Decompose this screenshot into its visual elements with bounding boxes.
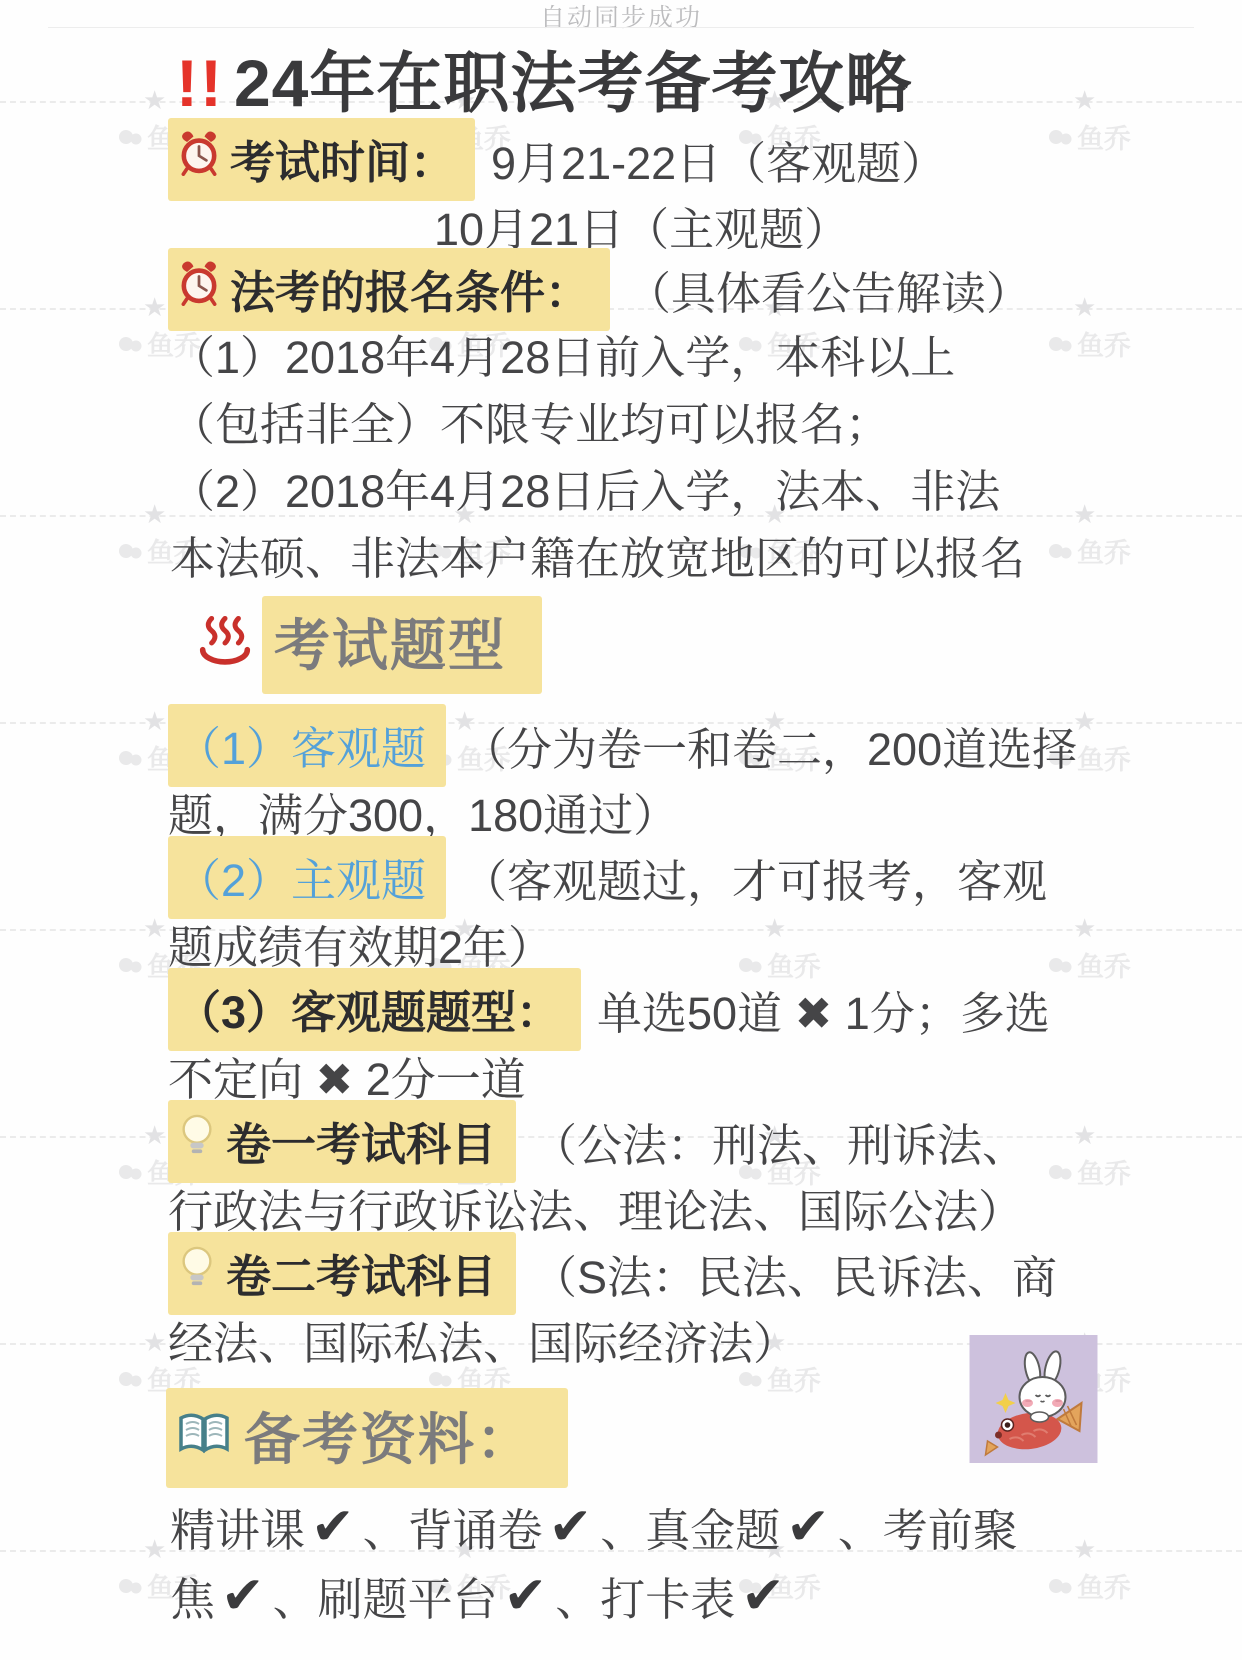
double-exclamation-icon: !! xyxy=(176,46,224,120)
materials-item-text: 、真金题 xyxy=(600,1494,780,1559)
subjective-test-tag: （2）主观题 xyxy=(168,836,446,919)
objective-test-desc: （分为卷一和卷二，200道选择 xyxy=(462,713,1077,778)
paper-one-highlight: 卷一考试科目 xyxy=(168,1100,516,1183)
requirements-line: 本法硕、非法本户籍在放宽地区的可以报名 xyxy=(170,521,1025,588)
materials-item-text: 、考前聚 xyxy=(838,1494,1018,1559)
sync-status-text: 自动同步成功 xyxy=(0,0,1242,34)
question-types-title: 考试题型 xyxy=(262,596,542,694)
paper-two-highlight: 卷二考试科目 xyxy=(168,1232,516,1315)
materials-item-text: 、刷题平台 xyxy=(273,1563,498,1628)
materials-highlight: 备考资料： xyxy=(166,1388,568,1488)
paper-two-desc: （S法：民法、民诉法、商 xyxy=(532,1241,1057,1306)
light-bulb-icon xyxy=(176,1111,218,1170)
checkmark-icon: ✔ xyxy=(741,1570,785,1622)
hot-springs-icon xyxy=(196,614,254,677)
requirements-label: 法考的报名条件： xyxy=(230,256,590,321)
checkmark-icon: ✔ xyxy=(221,1570,265,1622)
requirements-highlight: 法考的报名条件： xyxy=(168,248,610,331)
exam-time-highlight: 考试时间： xyxy=(168,118,475,201)
requirements-paragraph: （1）2018年4月28日前入学，本科以上 （包括非全）不限专业均可以报名； （… xyxy=(170,320,1025,588)
objective-format-tag: （3）客观题题型： xyxy=(168,968,581,1051)
requirements-section: 法考的报名条件： （具体看公告解读） xyxy=(168,256,1031,322)
requirements-note: （具体看公告解读） xyxy=(626,257,1031,322)
objective-format-desc: 单选50道 ✖ 1分；多选 xyxy=(597,977,1050,1042)
subjective-test-desc-cont: 题成绩有效期2年） xyxy=(168,910,1077,976)
page-title-text: 24年在职法考备考攻略 xyxy=(234,46,912,120)
paper-one-desc-cont: 行政法与行政诉讼法、理论法、国际公法） xyxy=(168,1174,1077,1240)
alarm-clock-icon xyxy=(176,130,222,187)
materials-header: 备考资料： xyxy=(166,1388,568,1488)
objective-format-desc-cont: 不定向 ✖ 2分一道 xyxy=(168,1042,1077,1108)
exam-time-section: 考试时间： 9月21-22日（客观题） 10月21日（主观题） xyxy=(168,126,946,258)
note-page: ★鱼乔★鱼乔★鱼乔★鱼乔★鱼乔★鱼乔★鱼乔★鱼乔★鱼乔★鱼乔★鱼乔★鱼乔★鱼乔★… xyxy=(0,0,1242,1660)
paper-one-desc: （公法：刑法、刑诉法、 xyxy=(532,1109,1027,1174)
open-book-icon xyxy=(176,1404,232,1469)
question-types-header: 考试题型 xyxy=(196,596,542,694)
exam-time-label: 考试时间： xyxy=(230,126,455,191)
paper-two-desc-cont: 经法、国际私法、国际经济法） xyxy=(168,1306,1077,1372)
checkmark-icon: ✔ xyxy=(786,1501,830,1553)
question-types-list: （1）客观题 （分为卷一和卷二，200道选择 题，满分300，180通过） （2… xyxy=(168,712,1077,1372)
paper-two-tag: 卷二考试科目 xyxy=(226,1240,496,1305)
rabbit-fish-sticker xyxy=(969,1335,1098,1463)
materials-title: 备考资料： xyxy=(244,1396,534,1476)
objective-test-desc-cont: 题，满分300，180通过） xyxy=(168,778,1077,844)
materials-item-text: 焦 xyxy=(170,1563,215,1628)
requirements-line: （2）2018年4月28日后入学，法本、非法 xyxy=(170,454,1025,521)
materials-item-text: 精讲课 xyxy=(170,1494,305,1559)
materials-line-1: 精讲课✔、背诵卷✔、真金题✔、考前聚 xyxy=(170,1492,1018,1561)
objective-test-tag: （1）客观题 xyxy=(168,704,446,787)
page-title: !!24年在职法考备考攻略 xyxy=(176,30,912,125)
checkmark-icon: ✔ xyxy=(311,1501,355,1553)
subjective-test-desc: （客观题过，才可报考，客观 xyxy=(462,845,1047,910)
requirements-line: （1）2018年4月28日前入学，本科以上 xyxy=(170,320,1025,387)
exam-time-value-1: 9月21-22日（客观题） xyxy=(491,127,946,192)
light-bulb-icon xyxy=(176,1243,218,1302)
alarm-clock-icon xyxy=(176,260,222,317)
checkmark-icon: ✔ xyxy=(549,1501,593,1553)
materials-line-2: 焦✔、刷题平台✔、打卡表✔ xyxy=(170,1561,1018,1630)
checkmark-icon: ✔ xyxy=(504,1570,548,1622)
status-divider xyxy=(48,27,1194,28)
materials-item-text: 、打卡表 xyxy=(555,1563,735,1628)
paper-one-tag: 卷一考试科目 xyxy=(226,1108,496,1173)
materials-list: 精讲课✔、背诵卷✔、真金题✔、考前聚 焦✔、刷题平台✔、打卡表✔ xyxy=(170,1492,1018,1630)
requirements-line: （包括非全）不限专业均可以报名； xyxy=(170,387,1025,454)
materials-item-text: 、背诵卷 xyxy=(363,1494,543,1559)
